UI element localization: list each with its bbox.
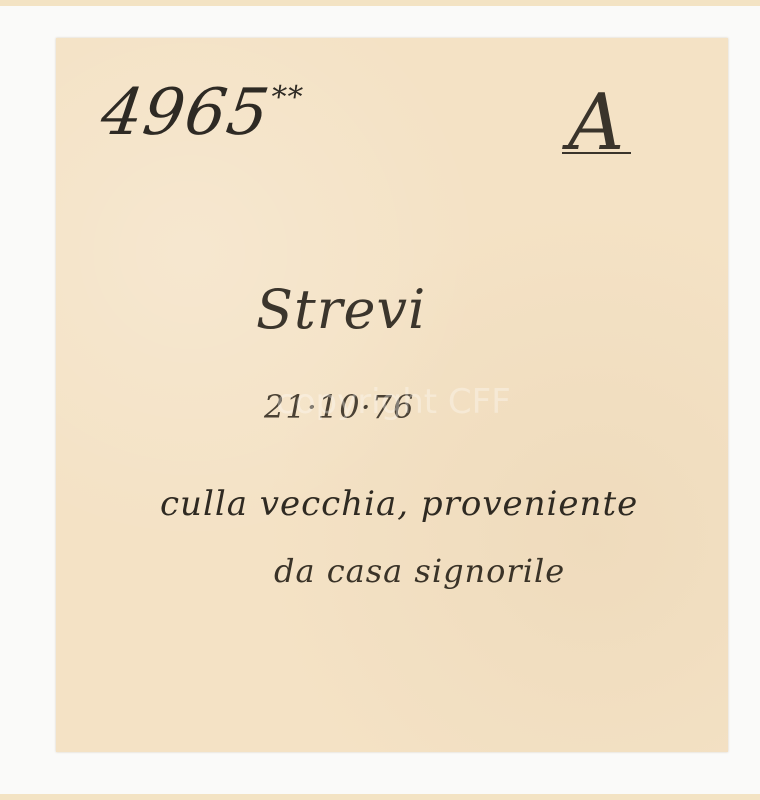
description-line-2: da casa signorile (274, 552, 565, 590)
note-card: 4965** A Strevi 21·10·76 copyright CFF c… (56, 38, 728, 752)
catalog-number-value: 4965 (97, 76, 274, 150)
catalog-number: 4965** (97, 76, 306, 150)
series-letter: A (568, 78, 625, 168)
place-title: Strevi (256, 278, 426, 341)
catalog-marks: ** (269, 80, 306, 115)
description-line-1: culla vecchia, proveniente (160, 484, 638, 524)
bottom-edge-band (0, 794, 760, 800)
top-edge-band (0, 0, 760, 6)
date: 21·10·76 (264, 388, 415, 426)
